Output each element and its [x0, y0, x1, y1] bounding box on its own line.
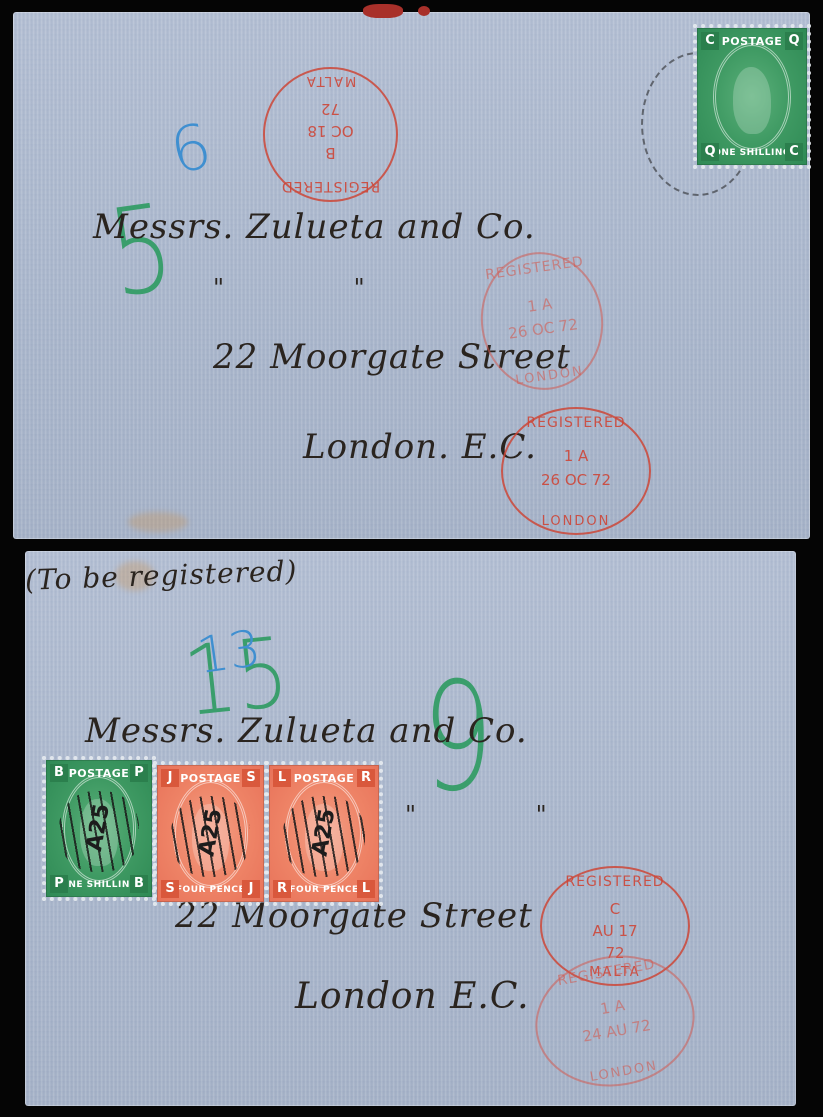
corner-letter: J: [242, 880, 260, 898]
corner-letter: L: [273, 769, 291, 787]
address-addressee: Messrs. Zulueta and Co.: [85, 711, 528, 751]
corner-letter: S: [161, 880, 179, 898]
postmark-ring-text: REGISTERED: [542, 874, 688, 890]
postmark-date: OC 18: [265, 122, 396, 140]
stamp-face: A25 POSTAGE FOUR PENCE L R R L: [269, 765, 379, 902]
corner-letter: C: [785, 143, 803, 161]
postmark-place: LONDON: [503, 514, 649, 529]
corner-letter: S: [242, 769, 260, 787]
corner-letter: C: [701, 32, 719, 50]
corner-letter: B: [50, 764, 68, 782]
stamp-face: A25 POSTAGE FOUR PENCE J S S J: [157, 765, 264, 902]
address-addressee: Messrs. Zulueta and Co.: [93, 207, 536, 247]
a25-numeral-cancel: A25: [283, 796, 365, 877]
malta-registered-postmark: REGISTERED B OC 18 72 MALTA: [263, 67, 398, 202]
corner-letter: R: [273, 880, 291, 898]
stamp-four-pence: A25 POSTAGE FOUR PENCE J S S J: [153, 761, 268, 906]
cover-top: REGISTERED B OC 18 72 MALTA POSTAGE ONE …: [13, 12, 810, 539]
cancel-number: A25: [80, 786, 118, 868]
corner-letter: Q: [785, 32, 803, 50]
corner-letter: P: [50, 875, 68, 893]
to-be-registered-note: (To be registered): [25, 554, 298, 596]
stamp-one-shilling: POSTAGE ONE SHILLING C Q Q C: [693, 24, 811, 169]
crayon-mark-green: 5: [101, 178, 181, 324]
corner-letter: L: [357, 880, 375, 898]
queen-victoria-portrait: [733, 67, 772, 135]
wax-seal-remnant: [363, 4, 403, 18]
corner-letter: P: [130, 764, 148, 782]
a25-numeral-cancel: A25: [171, 796, 251, 877]
address-ditto-marks: " ": [213, 274, 366, 302]
postmark-line: C: [542, 900, 688, 918]
postmark-ring-text: REGISTERED: [475, 252, 594, 284]
stamp-one-shilling: A25 POSTAGE ONE SHILLING B P P B: [42, 756, 156, 901]
corner-letter: R: [357, 769, 375, 787]
crayon-mark-blue: 6: [164, 109, 218, 189]
london-registered-postmark: REGISTERED 1 A 26 OC 72 LONDON: [501, 407, 651, 535]
stamp-face: POSTAGE ONE SHILLING C Q Q C: [697, 28, 807, 165]
address-city: London E.C.: [295, 976, 530, 1017]
postmark-place: LONDON: [546, 1051, 702, 1093]
postmark-place: MALTA: [265, 73, 396, 88]
postmark-date: AU 17: [542, 922, 688, 940]
cover-bottom: (To be registered) 15 13 9 Messrs. Zulue…: [25, 551, 796, 1106]
stamp-four-pence: A25 POSTAGE FOUR PENCE L R R L: [265, 761, 383, 906]
postmark-place: LONDON: [490, 360, 609, 391]
postmark-date: 26 OC 72: [503, 471, 649, 489]
cancel-number: A25: [305, 790, 344, 875]
stamp-face: A25 POSTAGE ONE SHILLING B P P B: [46, 760, 152, 897]
postmark-ring-text: REGISTERED: [265, 178, 396, 194]
paper-stain: [128, 512, 188, 532]
postmark-line: 1 A: [503, 447, 649, 465]
address-ditto-marks: " ": [405, 801, 548, 829]
postmark-ring-text: REGISTERED: [503, 415, 649, 431]
corner-letter: J: [161, 769, 179, 787]
crayon-mark-blue: 13: [193, 619, 264, 685]
corner-letter: Q: [701, 143, 719, 161]
postmark-year: 72: [265, 100, 396, 118]
cancel-number: A25: [191, 791, 229, 874]
postmark-line: B: [265, 144, 396, 162]
a25-numeral-cancel: A25: [59, 791, 138, 872]
wax-seal-remnant: [418, 6, 430, 16]
corner-letter: B: [130, 875, 148, 893]
